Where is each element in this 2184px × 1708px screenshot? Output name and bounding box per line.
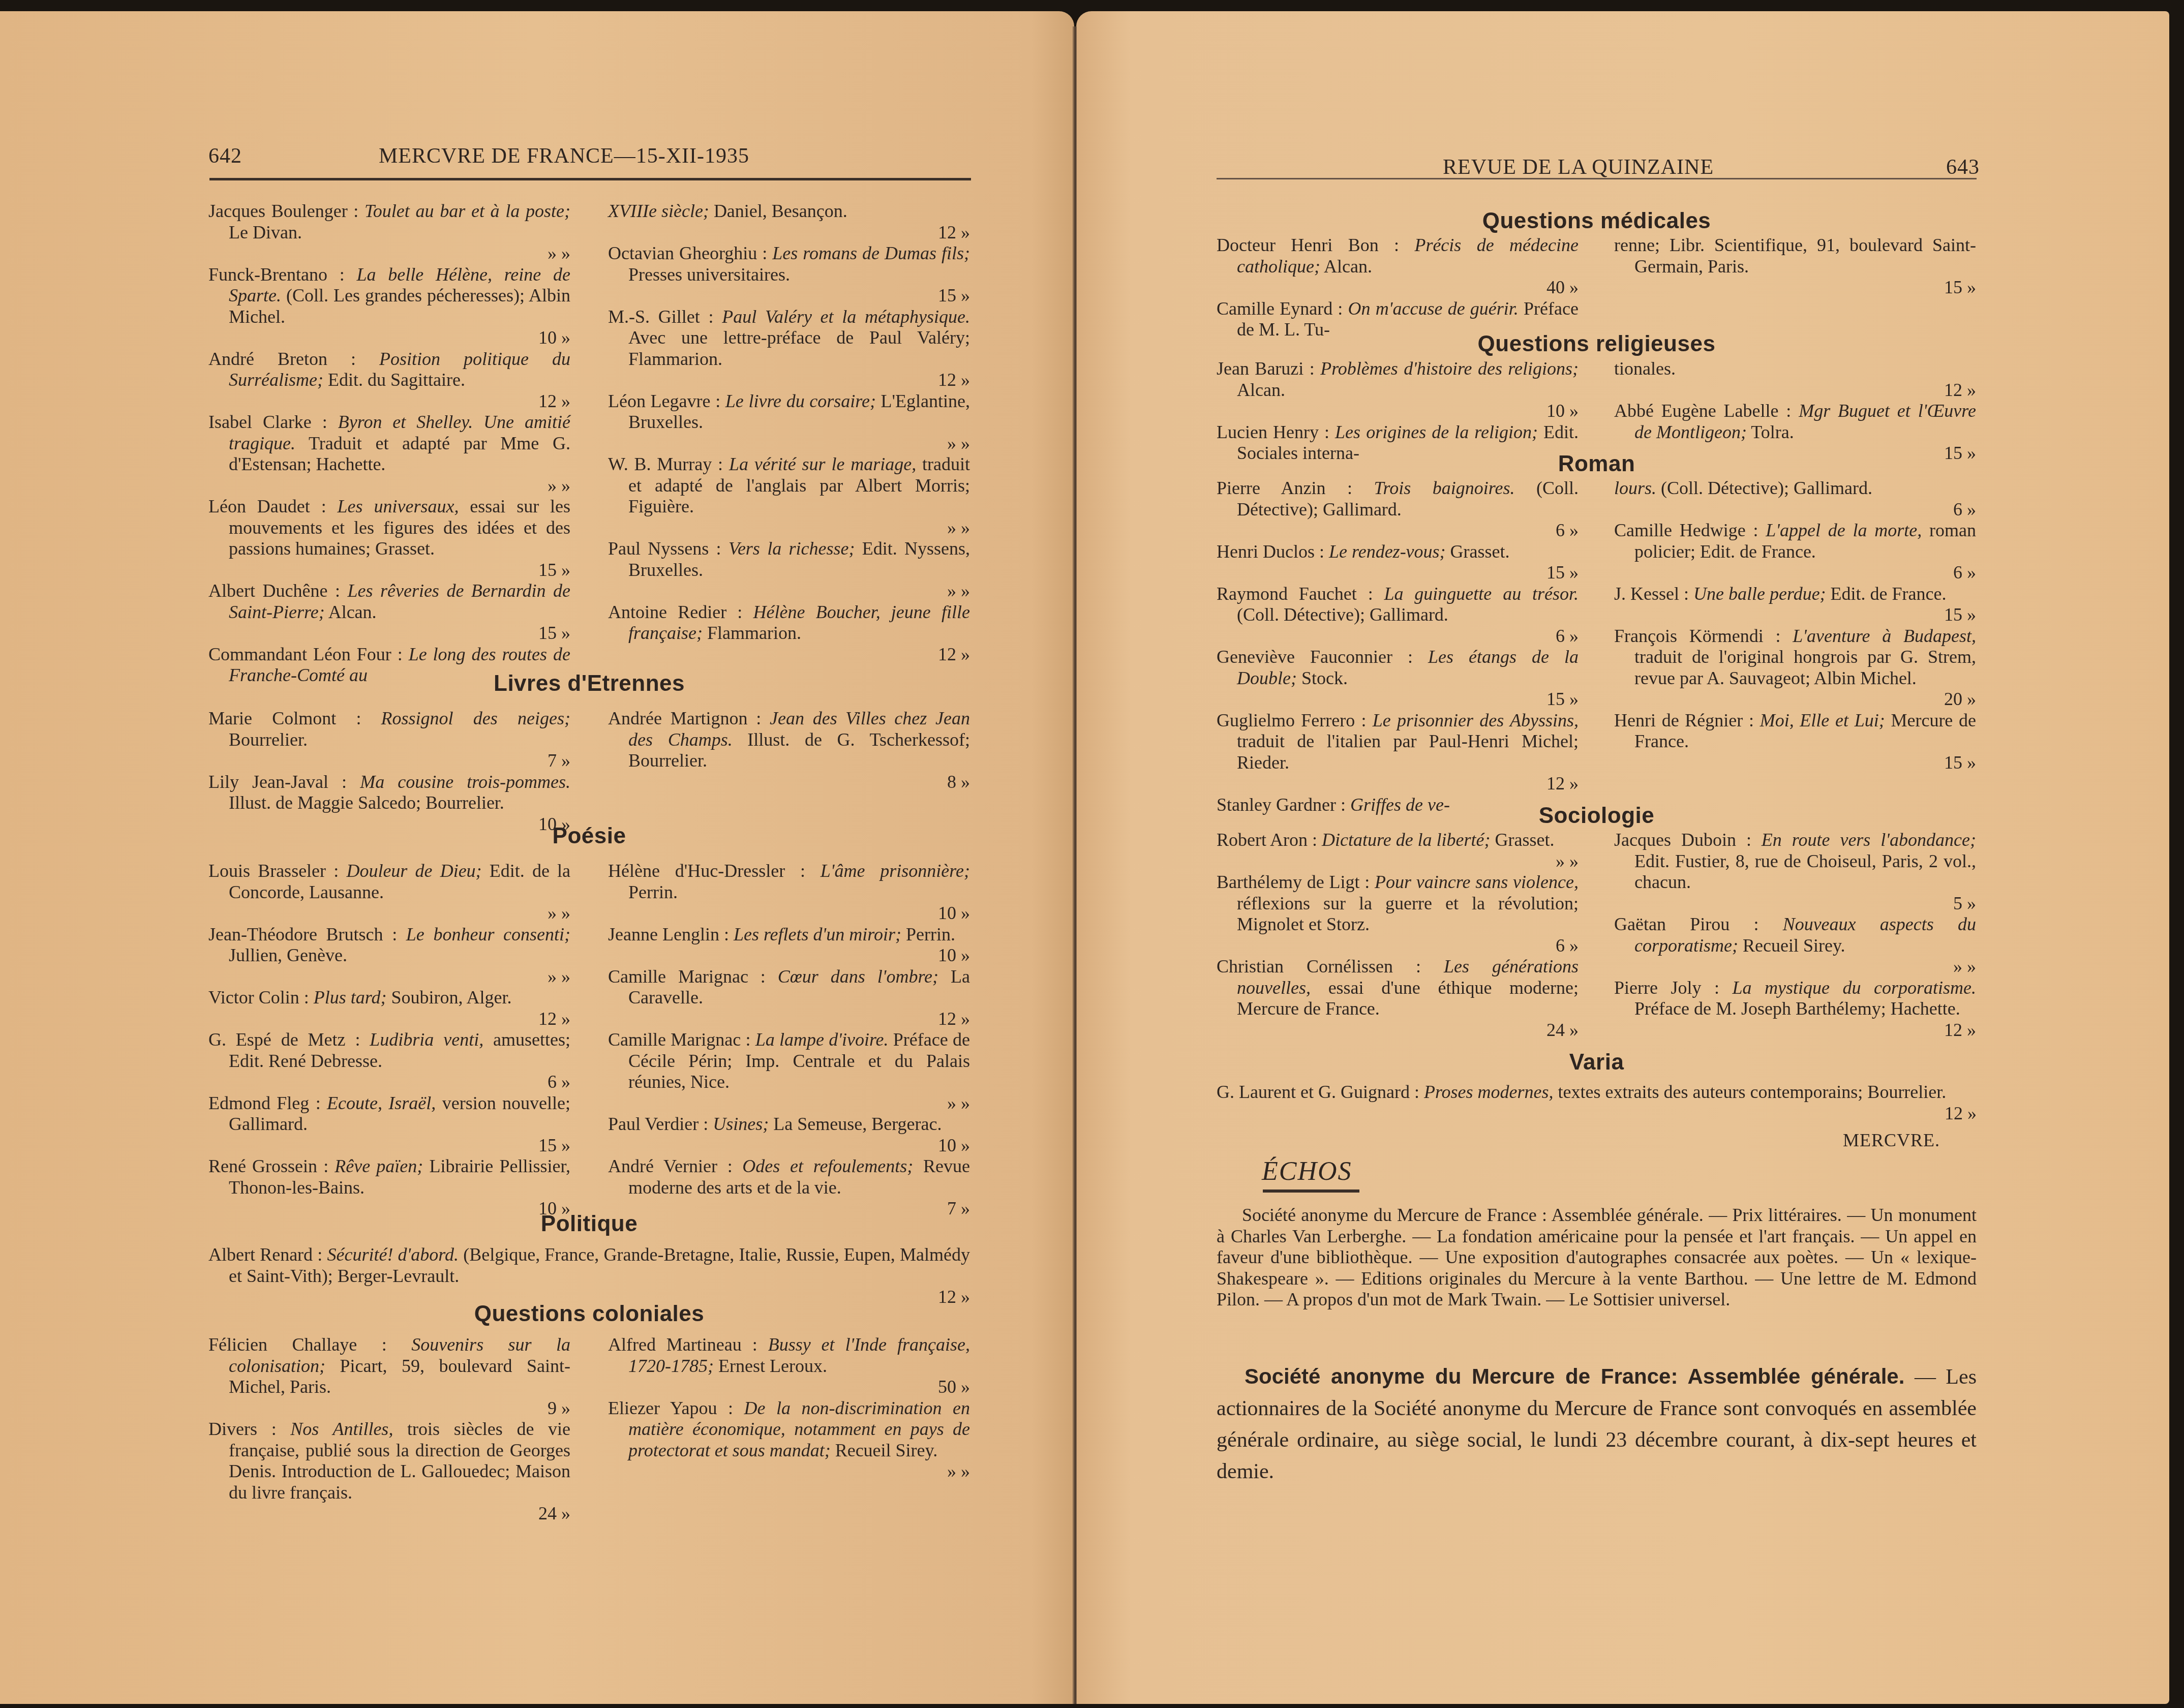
- entry-author: Camille Marignac: [608, 1029, 741, 1050]
- entry-author: Camille Eynard: [1217, 298, 1332, 319]
- entry-author: Victor Colin: [208, 987, 299, 1008]
- entry-title: XVIIIe siècle;: [608, 201, 709, 221]
- entry-author: Edmond Fleg: [208, 1093, 309, 1113]
- entry-title: L'appel de la morte,: [1766, 520, 1922, 540]
- entry-price: 12 »: [229, 391, 570, 412]
- bibliography-entry: André Breton : Position politique du Sur…: [208, 349, 570, 412]
- bibliography-entry: Edmond Fleg : Ecoute, Israël, version no…: [208, 1093, 570, 1156]
- entry-title: Pour vaincre sans violence,: [1375, 872, 1579, 892]
- entry-price: » »: [1237, 851, 1579, 872]
- entry-publisher: renne; Libr. Scientifique, 91, boulevard…: [1614, 235, 1976, 277]
- entry-author: Lily Jean-Javal: [208, 772, 328, 792]
- bibliography-entry: Pierre Joly : La mystique du corporatism…: [1614, 978, 1976, 1041]
- entry-price: 15 »: [1634, 604, 1976, 626]
- section-heading-poesie: Poésie: [208, 823, 970, 849]
- entry-title: Le prisonnier des Abyssins,: [1373, 710, 1579, 730]
- bibliography-entry: Octavian Gheorghiu : Les romans de Dumas…: [608, 243, 970, 307]
- entry-price: 40 »: [1237, 277, 1579, 298]
- entry-title: Usines;: [713, 1114, 769, 1134]
- bibliography-entry: Pierre Anzin : Trois baignoires. (Coll. …: [1217, 478, 1579, 541]
- entry-price: 10 »: [229, 327, 570, 349]
- bibliography-entry: Paul Nyssens : Vers la richesse; Edit. N…: [608, 538, 970, 602]
- entry-price: 5 »: [1634, 893, 1976, 914]
- section-heading-politique: Politique: [208, 1211, 970, 1237]
- section-heading-varia: Varia: [1217, 1050, 1977, 1075]
- bibliography-entry: Divers : Nos Antilles, trois siècles de …: [208, 1419, 570, 1524]
- entry-price: 15 »: [1237, 562, 1579, 584]
- entry-price: » »: [628, 517, 970, 539]
- continued-column-left: Jacques Boulenger : Toulet au bar et à l…: [208, 201, 570, 686]
- entry-author: Octavian Gheorghiu: [608, 243, 757, 263]
- entry-author: Alfred Martineau: [608, 1334, 742, 1355]
- entry-title: Ludibria venti,: [370, 1029, 483, 1050]
- entry-title: Nos Antilles,: [290, 1419, 393, 1439]
- entry-publisher: Recueil Sirey.: [1743, 935, 1845, 956]
- entry-title: Odes et refoulements;: [742, 1156, 913, 1176]
- entry-author: Pierre Joly: [1614, 978, 1701, 998]
- entry-title: Une balle perdue;: [1693, 584, 1826, 604]
- entry-author: Jean-Théodore Brutsch: [208, 924, 383, 944]
- entry-price: » »: [1634, 956, 1976, 978]
- entry-price: 12 »: [628, 222, 970, 243]
- entry-price: 6 »: [1634, 499, 1976, 521]
- echos-summary: Société anonyme du Mercure de France : A…: [1217, 1205, 1977, 1310]
- bibliography-entry: Christian Cornélissen : Les générations …: [1217, 956, 1579, 1041]
- entry-author: Raymond Fauchet: [1217, 584, 1357, 604]
- entry-publisher: Illust. de Maggie Salcedo; Bourrelier.: [229, 792, 504, 813]
- entry-title: Problèmes d'histoire des religions;: [1320, 358, 1579, 379]
- bibliography-entry: Raymond Fauchet : La guinguette au tréso…: [1217, 584, 1579, 647]
- entry-author: Jacques Boulenger: [208, 201, 348, 221]
- entry-publisher: Edit. du Sagittaire.: [328, 370, 465, 390]
- bibliography-entry: Marie Colmont : Rossignol des neiges; Bo…: [208, 708, 570, 772]
- entry-author: René Grossein: [208, 1156, 317, 1176]
- entry-price: 10 »: [628, 945, 970, 966]
- entry-author: Christian Cornélissen: [1217, 956, 1393, 977]
- entry-author: Jean Baruzi: [1217, 358, 1303, 379]
- entry-publisher: trois siècles de vie française, publié s…: [229, 1419, 570, 1503]
- right-page-number: 643: [1946, 155, 1980, 179]
- entry-price: 6 »: [1237, 935, 1579, 957]
- right-running-head: REVUE DE LA QUINZAINE: [1443, 155, 1714, 179]
- entry-price: 20 »: [1634, 689, 1976, 710]
- etrennes-column-right: Andrée Martignon : Jean des Villes chez …: [608, 708, 970, 792]
- section-heading-roman: Roman: [1217, 451, 1977, 477]
- entry-author: Paul Verdier: [608, 1114, 699, 1134]
- entry-title: Ma cousine trois-pommes.: [360, 772, 570, 792]
- left-page-number: 642: [208, 144, 242, 168]
- bibliography-entry: Funck-Brentano : La belle Hélène, reine …: [208, 264, 570, 349]
- entry-author: Félicien Challaye: [208, 1334, 357, 1355]
- entry-author: Albert Duchêne: [208, 581, 327, 601]
- entry-title: En route vers l'abondance;: [1762, 830, 1976, 850]
- entry-price: » »: [628, 581, 970, 602]
- entry-title: Cœur dans l'ombre;: [778, 966, 938, 987]
- bibliography-entry: Eliezer Yapou : De la non-discrimination…: [608, 1398, 970, 1482]
- entry-title: Rossignol des neiges;: [381, 708, 570, 728]
- entry-price: 15 »: [1634, 277, 1976, 298]
- left-running-head: MERCVRE DE FRANCE—15-XII-1935: [379, 144, 749, 168]
- coloniales-column-right: Alfred Martineau : Bussy et l'Inde franç…: [608, 1334, 970, 1482]
- bibliography-entry: Jean Baruzi : Problèmes d'histoire des r…: [1217, 358, 1579, 422]
- entry-publisher: (Coll. Détective); Gallimard.: [1237, 604, 1448, 625]
- entry-price: 12 »: [628, 370, 970, 391]
- bibliography-entry: Andrée Martignon : Jean des Villes chez …: [608, 708, 970, 792]
- left-header-rule: [209, 178, 971, 180]
- entry-publisher: Daniel, Besançon.: [714, 201, 847, 221]
- roman-column-right: lours. (Coll. Détective); Gallimard.6 »C…: [1614, 478, 1976, 773]
- entry-title: Douleur de Dieu;: [346, 861, 481, 881]
- section-heading-livres-etrennes: Livres d'Etrennes: [208, 671, 970, 696]
- entry-publisher: Grasset.: [1495, 830, 1555, 850]
- entry-publisher: Alcan.: [1324, 256, 1372, 277]
- bibliography-entry: Camille Marignac : La lampe d'ivoire. Pr…: [608, 1029, 970, 1114]
- entry-publisher: La Semeuse, Bergerac.: [773, 1114, 942, 1134]
- entry-publisher: Préface de M. Joseph Barthélemy; Hachett…: [1634, 998, 1960, 1019]
- bibliography-entry: G. Espé de Metz : Ludibria venti, amuset…: [208, 1029, 570, 1093]
- entry-price: » »: [229, 243, 570, 264]
- bibliography-entry: Camille Hedwige : L'appel de la morte, r…: [1614, 520, 1976, 584]
- entry-author: Robert Aron: [1217, 830, 1308, 850]
- entry-price: 8 »: [628, 772, 970, 793]
- entry-author: G. Espé de Metz: [208, 1029, 346, 1050]
- entry-title: On m'accuse de guérir.: [1348, 298, 1519, 319]
- entry-publisher: Ernest Leroux.: [718, 1356, 827, 1376]
- entry-author: André Breton: [208, 349, 327, 369]
- entry-price: 6 »: [1237, 626, 1579, 647]
- bibliography-entry: Léon Legavre : Le livre du corsaire; L'E…: [608, 391, 970, 454]
- bibliography-entry: André Vernier : Odes et refoulements; Re…: [608, 1156, 970, 1219]
- entry-price: » »: [229, 903, 570, 924]
- entry-author: Henri de Régnier: [1614, 710, 1743, 730]
- echos-underline: [1263, 1189, 1359, 1193]
- entry-publisher: (Coll. Détective); Gallimard.: [1661, 478, 1872, 498]
- entry-author: M.-S. Gillet: [608, 307, 700, 327]
- entry-author: Isabel Clarke: [208, 412, 312, 432]
- sociologie-column-right: Jacques Duboin : En route vers l'abondan…: [1614, 830, 1976, 1041]
- bibliography-entry: Hélène d'Huc-Dressler : L'âme prisonnièr…: [608, 861, 970, 924]
- entry-title: Le bonheur consenti;: [406, 924, 570, 944]
- entry-publisher: traduit de l'original hongrois par G. St…: [1634, 647, 1976, 688]
- etrennes-column-left: Marie Colmont : Rossignol des neiges; Bo…: [208, 708, 570, 835]
- bibliography-entry: XVIIIe siècle; Daniel, Besançon.12 »: [608, 201, 970, 243]
- entry-author: Léon Legavre: [608, 391, 711, 411]
- bibliography-entry: Paul Verdier : Usines; La Semeuse, Berge…: [608, 1114, 970, 1156]
- bibliography-entry: lours. (Coll. Détective); Gallimard.6 »: [1614, 478, 1976, 520]
- entry-title: L'aventure à Budapest,: [1793, 626, 1976, 646]
- entry-price: 15 »: [229, 560, 570, 581]
- right-header-rule: [1217, 178, 1977, 179]
- entry-price: 12 »: [1634, 1020, 1976, 1041]
- entry-publisher: Le Divan.: [229, 222, 302, 242]
- entry-price: 7 »: [229, 750, 570, 772]
- entry-price: 50 »: [628, 1377, 970, 1398]
- varia-entry: G. Laurent et G. Guignard : Proses moder…: [1217, 1082, 1977, 1124]
- entry-author: Abbé Eugène Labelle: [1614, 401, 1779, 421]
- entry-price: » »: [229, 966, 570, 988]
- entry-author: Barthélemy de Ligt: [1217, 872, 1360, 892]
- bibliography-entry: Henri Duclos : Le rendez-vous; Grasset.1…: [1217, 541, 1579, 584]
- entry-title: Sécurité! d'abord.: [327, 1244, 459, 1265]
- section-heading-questions-coloniales: Questions coloniales: [208, 1301, 970, 1327]
- entry-author: Jeanne Lenglin: [608, 924, 719, 944]
- bibliography-entry: Henri de Régnier : Moi, Elle et Lui; Mer…: [1614, 710, 1976, 774]
- entry-title: La lampe d'ivoire.: [755, 1029, 889, 1050]
- bibliography-entry: Jacques Boulenger : Toulet au bar et à l…: [208, 201, 570, 264]
- continued-column-right: XVIIIe siècle; Daniel, Besançon.12 »Octa…: [608, 201, 970, 665]
- entry-title: Paul Valéry et la métaphysique.: [722, 307, 970, 327]
- entry-price: 10 »: [628, 1135, 970, 1156]
- entry-price: 9 »: [229, 1398, 570, 1419]
- poesie-column-right: Hélène d'Huc-Dressler : L'âme prisonnièr…: [608, 861, 970, 1219]
- entry-title: Le rendez-vous;: [1329, 541, 1446, 562]
- poesie-column-left: Louis Brasseler : Douleur de Dieu; Edit.…: [208, 861, 570, 1219]
- entry-author: Lucien Henry: [1217, 422, 1319, 442]
- entry-author: François Körmendi: [1614, 626, 1764, 646]
- entry-publisher: tionales.: [1614, 358, 1676, 379]
- entry-price: 15 »: [1237, 689, 1579, 710]
- entry-author: Paul Nyssens: [608, 538, 709, 559]
- entry-title: Vers la richesse;: [729, 538, 855, 559]
- entry-price: 12 »: [1634, 380, 1976, 401]
- entry-price: 10 »: [1237, 401, 1579, 422]
- entry-publisher: Perrin.: [628, 882, 678, 902]
- bibliography-entry: J. Kessel : Une balle perdue; Edit. de F…: [1614, 584, 1976, 626]
- entry-title: La mystique du corporatisme.: [1733, 978, 1977, 998]
- entry-publisher: réflexions sur la guerre et la révolutio…: [1237, 893, 1579, 935]
- religieuses-column-left: Jean Baruzi : Problèmes d'histoire des r…: [1217, 358, 1579, 464]
- entry-publisher: textes extraits des auteurs contemporain…: [1558, 1082, 1947, 1102]
- entry-price: 12 »: [1237, 773, 1579, 795]
- entry-author: Léon Daudet: [208, 496, 310, 516]
- article-lead: Société anonyme du Mercure de France: As…: [1245, 1364, 1904, 1388]
- bibliography-entry: Félicien Challaye : Souvenirs sur la col…: [208, 1334, 570, 1419]
- medicales-column-right: renne; Libr. Scientifique, 91, boulevard…: [1614, 235, 1976, 298]
- entry-author: André Vernier: [608, 1156, 717, 1176]
- entry-title: Trois baignoires.: [1374, 478, 1515, 498]
- entry-publisher: Grasset.: [1450, 541, 1510, 562]
- entry-author: W. B. Murray: [608, 454, 712, 474]
- entry-author: Geneviève Fauconnier: [1217, 647, 1392, 667]
- entry-title: Ecoute, Israël,: [327, 1093, 436, 1113]
- entry-price: 15 »: [1634, 752, 1976, 774]
- entry-price: 15 »: [229, 623, 570, 644]
- entry-price: 10 »: [628, 903, 970, 924]
- bibliography-entry: Léon Daudet : Les universaux, essai sur …: [208, 496, 570, 581]
- entry-author: Funck-Brentano: [208, 264, 327, 285]
- entry-author: Docteur Henri Bon: [1217, 235, 1379, 255]
- section-heading-questions-medicales: Questions médicales: [1217, 208, 1977, 234]
- entry-author: Jacques Duboin: [1614, 830, 1736, 850]
- bibliography-entry: Geneviève Fauconnier : Les étangs de la …: [1217, 647, 1579, 710]
- entry-title: La guinguette au trésor.: [1384, 584, 1579, 604]
- politique-entry: Albert Renard : Sécurité! d'abord. (Belg…: [208, 1244, 970, 1308]
- entry-price: 15 »: [229, 1135, 570, 1156]
- entry-author: Commandant Léon Four: [208, 644, 391, 664]
- entry-title: Dictature de la liberté;: [1322, 830, 1491, 850]
- bibliography-entry: Jean-Théodore Brutsch : Le bonheur conse…: [208, 924, 570, 988]
- entry-author: Camille Hedwige: [1614, 520, 1746, 540]
- entry-price: 24 »: [229, 1503, 570, 1524]
- entry-publisher: traduit de l'italien par Paul-Henri Mich…: [1237, 731, 1579, 773]
- entry-price: 24 »: [1237, 1020, 1579, 1041]
- book-gutter: [1073, 26, 1077, 1704]
- entry-price: » »: [628, 433, 970, 454]
- entry-price: » »: [628, 1461, 970, 1482]
- entry-publisher: Flammarion.: [707, 623, 801, 643]
- bibliography-entry: Albert Renard : Sécurité! d'abord. (Belg…: [208, 1244, 970, 1308]
- entry-author: Louis Brasseler: [208, 861, 326, 881]
- entry-author: Camille Marignac: [608, 966, 748, 987]
- bibliography-entry: Barthélemy de Ligt : Pour vaincre sans v…: [1217, 872, 1579, 956]
- entry-title: Moi, Elle et Lui;: [1760, 710, 1885, 730]
- entry-publisher: Presses universitaires.: [628, 264, 790, 285]
- bibliography-entry: Camille Marignac : Cœur dans l'ombre; La…: [608, 966, 970, 1030]
- entry-publisher: Tolra.: [1751, 422, 1794, 442]
- entry-publisher: Edit. Fustier, 8, rue de Choiseul, Paris…: [1634, 851, 1976, 893]
- coloniales-column-left: Félicien Challaye : Souvenirs sur la col…: [208, 1334, 570, 1524]
- entry-title: lours.: [1614, 478, 1656, 498]
- entry-price: 6 »: [1237, 520, 1579, 541]
- entry-price: » »: [229, 475, 570, 497]
- entry-author: Hélène d'Huc-Dressler: [608, 861, 785, 881]
- bibliography-entry: Antoine Redier : Hélène Boucher, jeune f…: [608, 602, 970, 665]
- entry-price: 12 »: [1237, 1103, 1977, 1124]
- entry-price: 12 »: [229, 1009, 570, 1030]
- entry-author: Marie Colmont: [208, 708, 336, 728]
- entry-publisher: Jullien, Genève.: [229, 945, 347, 965]
- entry-price: 15 »: [628, 285, 970, 307]
- entry-title: Proses modernes,: [1424, 1082, 1554, 1102]
- bibliography-entry: Albert Duchêne : Les rêveries de Bernard…: [208, 581, 570, 644]
- section-heading-sociologie: Sociologie: [1217, 803, 1977, 829]
- entry-publisher: Avec une lettre-préface de Paul Valéry; …: [628, 327, 970, 369]
- entry-title: La vérité sur le mariage,: [729, 454, 916, 474]
- signature: MERCVRE.: [1843, 1130, 1940, 1151]
- entry-author: J. Kessel: [1614, 584, 1679, 604]
- entry-author: Henri Duclos: [1217, 541, 1315, 562]
- bibliography-entry: René Grossein : Rêve païen; Librairie Pe…: [208, 1156, 570, 1219]
- entry-title: Les reflets d'un miroir;: [734, 924, 901, 944]
- bibliography-entry: W. B. Murray : La vérité sur le mariage,…: [608, 454, 970, 538]
- entry-title: Les origines de la religion;: [1335, 422, 1538, 442]
- entry-title: Toulet au bar et à la poste;: [365, 201, 570, 221]
- entry-publisher: Soubiron, Alger.: [391, 987, 512, 1008]
- entry-author: Antoine Redier: [608, 602, 726, 622]
- entry-title: Les universaux,: [338, 496, 459, 516]
- medicales-column-left: Docteur Henri Bon : Précis de médecine c…: [1217, 235, 1579, 341]
- entry-title: Plus tard;: [314, 987, 387, 1008]
- bibliography-entry: Gaëtan Pirou : Nouveaux aspects du corpo…: [1614, 914, 1976, 978]
- echos-heading: ÉCHOS: [1262, 1156, 1352, 1186]
- entry-publisher: Recueil Sirey.: [835, 1440, 938, 1460]
- bibliography-entry: Jeanne Lenglin : Les reflets d'un miroir…: [608, 924, 970, 966]
- entry-title: L'âme prisonnière;: [821, 861, 970, 881]
- entry-title: Le livre du corsaire;: [725, 391, 876, 411]
- entry-publisher: Edit. de France.: [1831, 584, 1947, 604]
- bibliography-entry: renne; Libr. Scientifique, 91, boulevard…: [1614, 235, 1976, 298]
- religieuses-column-right: tionales.12 »Abbé Eugène Labelle : Mgr B…: [1614, 358, 1976, 464]
- entry-author: G. Laurent et G. Guignard: [1217, 1082, 1410, 1102]
- bibliography-entry: Victor Colin : Plus tard; Soubiron, Alge…: [208, 987, 570, 1029]
- entry-author: Divers: [208, 1419, 257, 1439]
- entry-author: Eliezer Yapou: [608, 1398, 717, 1418]
- entry-price: 12 »: [628, 644, 970, 665]
- sociologie-column-left: Robert Aron : Dictature de la liberté; G…: [1217, 830, 1579, 1041]
- bibliography-entry: Isabel Clarke : Byron et Shelley. Une am…: [208, 412, 570, 496]
- roman-column-left: Pierre Anzin : Trois baignoires. (Coll. …: [1217, 478, 1579, 815]
- bibliography-entry: G. Laurent et G. Guignard : Proses moder…: [1217, 1082, 1977, 1124]
- bibliography-entry: M.-S. Gillet : Paul Valéry et la métaphy…: [608, 307, 970, 391]
- entry-author: Albert Renard: [208, 1244, 313, 1265]
- entry-publisher: Stock.: [1301, 668, 1348, 688]
- bibliography-entry: Robert Aron : Dictature de la liberté; G…: [1217, 830, 1579, 872]
- entry-author: Guglielmo Ferrero: [1217, 710, 1355, 730]
- bibliography-entry: Alfred Martineau : Bussy et l'Inde franç…: [608, 1334, 970, 1398]
- bibliography-entry: François Körmendi : L'aventure à Budapes…: [1614, 626, 1976, 710]
- entry-author: Andrée Martignon: [608, 708, 748, 728]
- bibliography-entry: Docteur Henri Bon : Précis de médecine c…: [1217, 235, 1579, 298]
- entry-publisher: Perrin.: [906, 924, 955, 944]
- entry-title: Rêve païen;: [335, 1156, 423, 1176]
- bibliography-entry: Guglielmo Ferrero : Le prisonnier des Ab…: [1217, 710, 1579, 795]
- entry-price: 6 »: [229, 1072, 570, 1093]
- entry-author: Gaëtan Pirou: [1614, 914, 1730, 934]
- entry-price: 6 »: [1634, 562, 1976, 584]
- entry-price: 12 »: [628, 1009, 970, 1030]
- entry-author: Pierre Anzin: [1217, 478, 1325, 498]
- entry-publisher: Alcan.: [1237, 380, 1285, 400]
- bibliography-entry: Louis Brasseler : Douleur de Dieu; Edit.…: [208, 861, 570, 924]
- bibliography-entry: Jacques Duboin : En route vers l'abondan…: [1614, 830, 1976, 914]
- entry-price: » »: [628, 1093, 970, 1114]
- echos-article: Société anonyme du Mercure de France: As…: [1217, 1361, 1977, 1487]
- entry-title: Les romans de Dumas fils;: [772, 243, 970, 263]
- bibliography-entry: tionales.12 »: [1614, 358, 1976, 401]
- section-heading-questions-religieuses: Questions religieuses: [1217, 331, 1977, 357]
- entry-publisher: Bourrelier.: [229, 729, 308, 750]
- entry-publisher: Alcan.: [328, 602, 377, 622]
